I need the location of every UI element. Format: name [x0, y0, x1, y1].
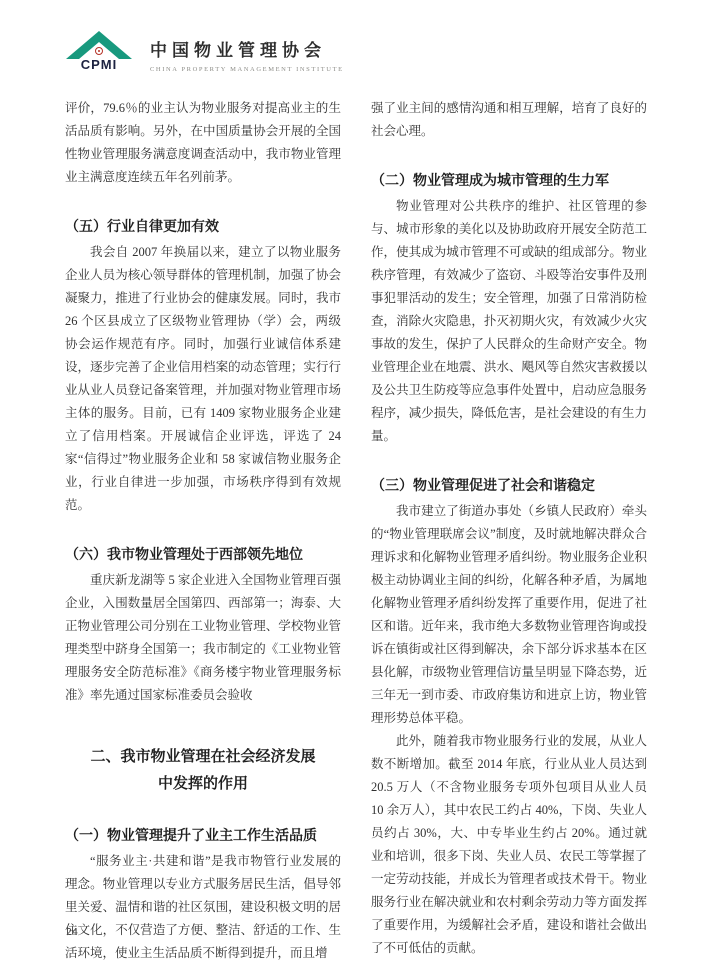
logo-acronym: CPMI	[66, 57, 132, 72]
paragraph: 评价，79.6％的业主认为物业服务对提高业主的生活品质有影响。另外，在中国质量协…	[65, 97, 341, 189]
right-column: 强了业主间的感情沟通和相互理解，培育了良好的社会心理。 （二）物业管理成为城市管…	[371, 97, 647, 964]
page-number: 24	[66, 927, 78, 938]
cpmi-logo: CPMI	[66, 30, 132, 76]
document-body: 评价，79.6％的业主认为物业服务对提高业主的生活品质有影响。另外，在中国质量协…	[65, 97, 647, 964]
page-header: CPMI 中国物业管理协会 CHINA PROPERTY MANAGEMENT …	[66, 30, 344, 76]
section-heading-1: （一）物业管理提升了业主工作生活品质	[65, 825, 341, 845]
section-heading-3: （三）物业管理促进了社会和谐稳定	[371, 475, 647, 495]
document-page: CPMI 中国物业管理协会 CHINA PROPERTY MANAGEMENT …	[0, 0, 710, 964]
section-heading-2: （二）物业管理成为城市管理的生力军	[371, 170, 647, 190]
left-column: 评价，79.6％的业主认为物业服务对提高业主的生活品质有影响。另外，在中国质量协…	[65, 97, 341, 964]
paragraph: 强了业主间的感情沟通和相互理解，培育了良好的社会心理。	[371, 97, 647, 143]
section-heading-6: （六）我市物业管理处于西部领先地位	[65, 544, 341, 564]
institute-name-cn: 中国物业管理协会	[150, 36, 344, 61]
paragraph: “服务业主·共建和谐”是我市物管行业发展的理念。物业管理以专业方式服务居民生活，…	[65, 850, 341, 964]
section-heading-5: （五）行业自律更加有效	[65, 216, 341, 236]
logo-wordmark: 中国物业管理协会 CHINA PROPERTY MANAGEMENT INSTI…	[150, 30, 344, 73]
paragraph: 我市建立了街道办事处（乡镇人民政府）牵头的“物业管理联席会议”制度，及时就地解决…	[371, 500, 647, 730]
paragraph: 重庆新龙湖等 5 家企业进入全国物业管理百强企业，入围数量居全国第四、西部第一；…	[65, 569, 341, 707]
paragraph: 此外，随着我市物业服务行业的发展，从业人数不断增加。截至 2014 年底，行业从…	[371, 730, 647, 960]
institute-name-en: CHINA PROPERTY MANAGEMENT INSTITUTE	[150, 66, 344, 73]
paragraph: 我会自 2007 年换届以来，建立了以物业服务企业人员为核心领导群体的管理机制，…	[65, 241, 341, 517]
paragraph: 物业管理对公共秩序的维护、社区管理的参与、城市形象的美化以及协助政府开展安全防范…	[371, 195, 647, 448]
chapter-title: 二、我市物业管理在社会经济发展中发挥的作用	[69, 743, 337, 797]
logo-seal-icon	[95, 47, 103, 55]
